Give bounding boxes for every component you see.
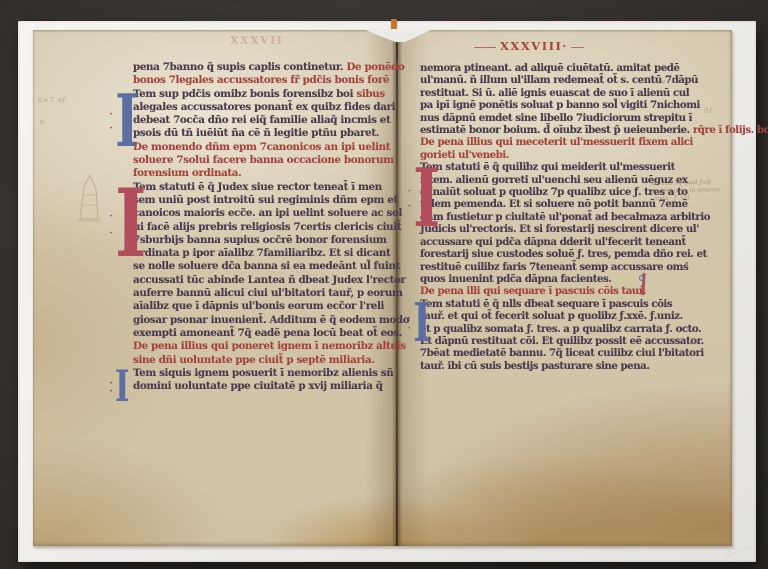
manuscript-photo: XXXVII pena 7banno q̃ supis caplis conti… bbox=[0, 0, 768, 569]
open-book: XXXVII pena 7banno q̃ supis caplis conti… bbox=[18, 21, 756, 562]
rubric-text: forensium ordinata. bbox=[133, 167, 241, 179]
body-text: quos inuenint pdc̃a dāpna facientes. bbox=[420, 273, 611, 285]
manuscript-line: nemora ptineant. ad aliquē ciuētatū. ami… bbox=[420, 62, 678, 74]
right-margin-note-line: costa · ƒ. xlij bbox=[652, 193, 730, 203]
manuscript-line: accussati tūc abinde Lantea ñ dbeat Jude… bbox=[133, 274, 405, 287]
manuscript-line: domini uoluntate ppe ciuitatē p xvij mil… bbox=[133, 380, 405, 393]
manuscript-line: pa ipī ignē ponētis soluat p banno sol̃ … bbox=[420, 99, 678, 111]
body-text: 7bēat medietatē bannu. 7q̃ liceat cuilib… bbox=[420, 347, 704, 359]
manuscript-line: ul'manū. ñ illum ul'illam redemeat̃ ot̃ … bbox=[420, 74, 678, 86]
body-text: restituē cuilibz faris 7teneant̃ semp ac… bbox=[420, 261, 688, 273]
manuscript-line: tidem pemenda. Et si soluere nō potit ba… bbox=[420, 198, 678, 210]
text-block: De pena illius qui meceterit ul'messueri… bbox=[420, 136, 678, 161]
manuscript-line: Tem sup pdc̃is omibz bonis forensibz boi… bbox=[133, 88, 405, 101]
manuscript-line: nus dāpnū emdet sine libello 7iudiciorum… bbox=[420, 112, 678, 124]
body-text: debeat 7occ̃a dño rei eiq̃ familie aliaq… bbox=[133, 114, 390, 126]
manuscript-line: et p qualibz somata ƒ. tres. a p qualibz… bbox=[420, 323, 678, 335]
right-text-column: nemora ptineant. ad aliquē ciuētatū. ami… bbox=[420, 62, 678, 372]
manuscript-line: se nolle soluere dc̃a banna si ea medeān… bbox=[133, 260, 405, 273]
manuscript-line: alegales accussatores ponant̃ ex quibz f… bbox=[133, 101, 405, 114]
manuscript-line: Judicis ul'rectoris. Et si forestarij ne… bbox=[420, 223, 678, 235]
body-text: exempti amoneant̃ 7q̃ eadē pena locū bea… bbox=[133, 327, 402, 339]
text-block: ITem siquis ignem posuerit ī nemoribz al… bbox=[133, 367, 405, 394]
manuscript-line: dam fustietur p ciuitatē ul'ponat̃ ad be… bbox=[420, 211, 678, 223]
manuscript-line: 7sburbijs banna supius occ̃rē bonor fore… bbox=[133, 234, 405, 247]
manuscript-line: tauř. et qui ot̃ fecerit soluat p quolib… bbox=[420, 310, 678, 322]
parchment-spread: XXXVII pena 7banno q̃ supis caplis conti… bbox=[33, 30, 732, 546]
body-text: Tem siquis ignem posuerit ī nemoribz ali… bbox=[133, 367, 393, 379]
folio-number-right: XXXVIII· bbox=[500, 39, 568, 53]
body-text: forestarij siue custodes soluē ƒ. tres, … bbox=[420, 248, 707, 260]
rubric-text: sine dñi uoluntate ppe ciuit̃ p septē mi… bbox=[133, 354, 375, 366]
body-text: 7sburbijs banna supius occ̃rē bonor fore… bbox=[133, 234, 387, 246]
body-text: Tem statuti ē q̃ nlls dbeat sequare ī pa… bbox=[420, 298, 672, 310]
text-block: pena 7banno q̃ supis caplis continetur. … bbox=[133, 61, 405, 88]
manuscript-line: ciīnaiūt soluat p quolibz 7p qualibz uic… bbox=[420, 186, 678, 198]
manuscript-line: pena 7banno q̃ supis caplis continetur. … bbox=[133, 61, 405, 74]
body-text: restituat. Si ū. aliē ignis euascat de s… bbox=[420, 87, 689, 99]
manuscript-line: Tem statuti ē q̃ quilibz qui meiderit ul… bbox=[420, 161, 678, 173]
body-text: giosar psonar inuenient̃. Additum ē q̃ e… bbox=[133, 314, 409, 326]
manuscript-line: tauř. ibi cū suis bestijs pasturare sine… bbox=[420, 360, 678, 372]
right-manuscript-page: XXXVIII· nemora ptineant. ad aliquē ciuē… bbox=[397, 30, 732, 546]
rubric-text: rq̃re ī folijs. box̃ij. bbox=[693, 124, 768, 136]
body-text: ciīnaiūt soluat p quolibz 7p qualibz uic… bbox=[420, 186, 688, 198]
body-text: pena 7banno q̃ supis caplis continetur. bbox=[133, 61, 346, 73]
body-text: aīalibz que ī dāpnis ul'bonis eorum ecc̃… bbox=[133, 300, 384, 312]
body-text: tauř. ibi cū suis bestijs pasturare sine… bbox=[420, 360, 649, 372]
rubric-text: De monendo dñm epm 7canonicos an ipi uel… bbox=[133, 141, 390, 153]
folio-number-left: XXXVII bbox=[230, 34, 283, 47]
body-text: Et dāpnū restituat cōi. Et quilibz possi… bbox=[420, 335, 704, 347]
body-text: accussare qui pdc̃a dāpna dderit ul'fece… bbox=[420, 236, 686, 248]
drop-cap-initial: I bbox=[115, 89, 125, 156]
manuscript-line: forensium ordinata. bbox=[133, 167, 405, 180]
rubric-text: De ponēdo bbox=[346, 61, 404, 73]
body-text: tauř. et qui ot̃ fecerit soluat p quolib… bbox=[420, 310, 683, 322]
manuscript-line: soluere 7solui facere banna occacione bo… bbox=[133, 154, 405, 167]
manuscript-line: Tem statuti ē q̃ Judex siue rector tenea… bbox=[133, 181, 405, 194]
body-text: ordinata p ipor aīalibz 7familiaribz. Et… bbox=[133, 247, 390, 259]
manuscript-line: forestarij siue custodes soluē ƒ. tres, … bbox=[420, 248, 678, 260]
margin-paraph-icon bbox=[638, 273, 650, 299]
manuscript-line: aīalibz que ī dāpnis ul'bonis eorum ecc̃… bbox=[133, 300, 405, 313]
body-text: auferre bannū alicui ciui ul'bitatori ta… bbox=[133, 287, 403, 299]
manuscript-line: De monendo dñm epm 7canonicos an ipi uel… bbox=[133, 141, 405, 154]
body-text: Tem sup pdc̃is omibz bonis forensibz boi bbox=[133, 88, 356, 100]
body-text: ui facē alijs prebris religiosis 7certis… bbox=[133, 221, 401, 233]
manuscript-line: ui facē alijs prebris religiosis 7certis… bbox=[133, 221, 405, 234]
manuscript-line: canoicos maioris ecc̃e. an ipi uelint so… bbox=[133, 207, 405, 220]
manuscript-line: estimatē bonor boium. d̃ oīubz ībest p̃ … bbox=[420, 124, 678, 136]
manuscript-line: exempti amoneant̃ 7q̃ eadē pena locū bea… bbox=[133, 327, 405, 340]
rubric-text: De pena illius qui meceterit ul'messueri… bbox=[420, 136, 693, 148]
manuscript-line: Tem statuti ē q̃ nlls dbeat sequare ī pa… bbox=[420, 298, 678, 310]
bookmark-ribbon-tip bbox=[391, 19, 397, 29]
manuscript-line: accussare qui pdc̃a dāpna dderit ul'fece… bbox=[420, 236, 678, 248]
manuscript-line: ordinata p ipor aīalibz 7familiaribz. Et… bbox=[133, 247, 405, 260]
right-margin-foliation: 01 bbox=[704, 107, 713, 115]
manuscript-line: sine dñi uoluntate ppe ciuit̃ p septē mi… bbox=[133, 354, 405, 367]
manuscript-line: gorieti ul'venebi. bbox=[420, 149, 678, 161]
manuscript-line: Tem siquis ignem posuerit ī nemoribz ali… bbox=[133, 367, 405, 380]
text-block: De monendo dñm epm 7canonicos an ipi uel… bbox=[133, 141, 405, 181]
text-block: ITem statuti ē q̃ Judex siue rector tene… bbox=[133, 181, 405, 341]
left-manuscript-page: XXXVII pena 7banno q̃ supis caplis conti… bbox=[33, 30, 397, 546]
left-margin-inscription: 6+7 aƒ bbox=[38, 96, 66, 105]
drop-cap-initial: I bbox=[115, 182, 125, 268]
manuscript-line: giosar psonar inuenient̃. Additum ē q̃ e… bbox=[133, 314, 405, 327]
body-text: nus dāpnū emdet sine libello 7iudiciorum… bbox=[420, 112, 692, 124]
rubric-text: soluere 7solui facere banna occacione bo… bbox=[133, 154, 394, 166]
manuscript-line: bonos 7legales accussatores fr̃ pdc̃is b… bbox=[133, 74, 405, 87]
body-text: fixem. alienū gorreti ul'uenchi seu alie… bbox=[420, 174, 688, 186]
body-text: tidem pemenda. Et si soluere nō potit ba… bbox=[420, 198, 688, 210]
body-text: estimatē bonor boium. d̃ oīubz ībest p̃ … bbox=[420, 124, 693, 136]
drop-cap-initial: I bbox=[413, 162, 423, 236]
manuscript-line: fixem. alienū gorreti ul'uenchi seu alie… bbox=[420, 174, 678, 186]
body-text: domini uoluntate ppe ciuitatē p xvij mil… bbox=[133, 380, 383, 392]
rubric-text: sibus bbox=[356, 88, 384, 100]
text-block: ITem statuti ē q̃ nlls dbeat sequare ī p… bbox=[420, 298, 678, 372]
manuscript-line: auferre bannū alicui ciui ul'bitatori ta… bbox=[133, 287, 405, 300]
rubric-text: De pena illi qui sequare ī pascuis cōis … bbox=[420, 285, 646, 297]
right-margin-note: vd̃ dud inf̃ quid Juq̃i mcidit pena in p… bbox=[652, 178, 731, 203]
body-text: Judicis ul'rectoris. Et si forestarij ne… bbox=[420, 223, 699, 235]
body-text: sem uniū post introitū sui regiminis dñm… bbox=[133, 194, 398, 206]
manuscript-line: Et dāpnū restituat cōi. Et quilibz possi… bbox=[420, 335, 678, 347]
body-text: canoicos maioris ecc̃e. an ipi uelint so… bbox=[133, 207, 402, 219]
drop-cap-initial: I bbox=[413, 299, 423, 349]
body-text: et p qualibz somata ƒ. tres. a p qualibz… bbox=[420, 323, 701, 335]
body-text: alegales accussatores ponant̃ ex quibz f… bbox=[133, 101, 395, 113]
left-margin-mark: o bbox=[40, 118, 44, 126]
body-text: dam fustietur p ciuitatē ul'ponat̃ ad be… bbox=[420, 211, 710, 223]
body-text: accussati tūc abinde Lantea ñ dbeat Jude… bbox=[133, 274, 406, 286]
body-text: Tem statuti ē q̃ Judex siue rector tenea… bbox=[133, 181, 382, 193]
manuscript-line: De pena illius qui poneret ignem ī nemor… bbox=[133, 340, 405, 353]
body-text: se nolle soluere dc̃a banna si ea medeān… bbox=[133, 260, 400, 272]
left-text-column: pena 7banno q̃ supis caplis continetur. … bbox=[133, 61, 405, 393]
text-block: De pena illius qui poneret ignem ī nemor… bbox=[133, 340, 405, 367]
body-text: pa ipī ignē ponētis soluat p banno sol̃ … bbox=[420, 99, 700, 111]
manuscript-line: restituat. Si ū. aliē ignis euascat de s… bbox=[420, 87, 678, 99]
body-text: Tem statuti ē q̃ quilibz qui meiderit ul… bbox=[420, 161, 675, 173]
text-block: ITem sup pdc̃is omibz bonis forensibz bo… bbox=[133, 88, 405, 141]
text-block: ITem statuti ē q̃ quilibz qui meiderit u… bbox=[420, 161, 678, 285]
body-text: psois dū tñ iuēiūt ña cē ñ legitie ptñu … bbox=[133, 127, 379, 139]
manuscript-line: psois dū tñ iuēiūt ña cē ñ legitie ptñu … bbox=[133, 127, 405, 140]
drop-cap-initial: I bbox=[115, 368, 125, 408]
manuscript-line: restituē cuilibz faris 7teneant̃ semp ac… bbox=[420, 261, 678, 273]
rubric-text: De pena illius qui poneret ignem ī nemor… bbox=[133, 340, 406, 352]
left-margin-sketch-icon bbox=[66, 165, 112, 223]
manuscript-line: debeat 7occ̃a dño rei eiq̃ familie aliaq… bbox=[133, 114, 405, 127]
manuscript-line: 7bēat medietatē bannu. 7q̃ liceat cuilib… bbox=[420, 347, 678, 359]
body-text: nemora ptineant. ad aliquē ciuētatū. ami… bbox=[420, 62, 679, 74]
manuscript-line: sem uniū post introitū sui regiminis dñm… bbox=[133, 194, 405, 207]
text-block: nemora ptineant. ad aliquē ciuētatū. ami… bbox=[420, 62, 678, 136]
manuscript-line: De pena illius qui meceterit ul'messueri… bbox=[420, 136, 678, 148]
rubric-text: bonos 7legales accussatores fr̃ pdc̃is b… bbox=[133, 74, 389, 86]
